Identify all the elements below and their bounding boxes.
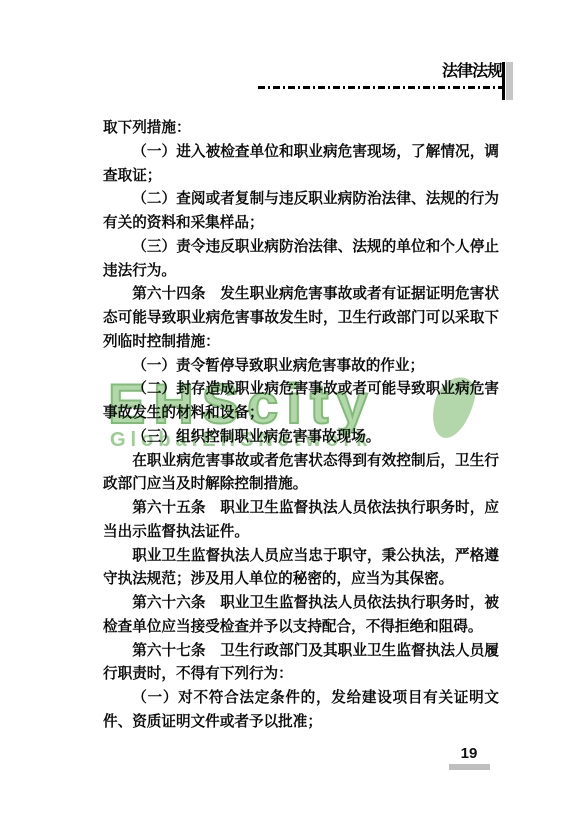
body-paragraph: （三）责令违反职业病防治法律、法规的单位和个人停止违法行为。 <box>103 236 499 284</box>
body-paragraph: （一）对不符合法定条件的，发给建设项目有关证明文件、资质证明文件或者予以批准； <box>103 687 499 735</box>
page-header-title: 法律法规 <box>442 61 502 83</box>
page-number: 19 <box>448 745 490 763</box>
body-paragraph: 第六十七条 卫生行政部门及其职业卫生监督执法人员履行职责时，不得有下列行为： <box>103 640 499 688</box>
body-paragraph: （二）封存造成职业病危害事故或者可能导致职业病危害事故发生的材料和设备； <box>103 378 499 426</box>
header-vertical-rule <box>502 62 505 100</box>
body-paragraph: （二）查阅或者复制与违反职业病防治法律、法规的行为有关的资料和采集样品； <box>103 188 499 236</box>
scanned-page: 法律法规 EHScity GlobalEHSNetwork 取下列措施：（一）进… <box>0 0 579 817</box>
body-paragraph: （三）组织控制职业病危害事故现场。 <box>103 426 499 450</box>
header-dash-dot-rule <box>258 86 503 89</box>
body-paragraph: 第六十六条 职业卫生监督执法人员依法执行职务时，被检查单位应当接受检查并予以支持… <box>103 592 499 640</box>
body-paragraph: 第六十五条 职业卫生监督执法人员依法执行职务时，应当出示监督执法证件。 <box>103 497 499 545</box>
body-paragraph: 职业卫生监督执法人员应当忠于职守，秉公执法，严格遵守执法规范；涉及用人单位的秘密… <box>103 545 499 593</box>
page-edge-shadow-bar <box>506 62 513 100</box>
page-number-underline <box>449 764 490 770</box>
body-paragraph: 取下列措施： <box>103 117 499 141</box>
body-paragraph: 第六十四条 发生职业病危害事故或者有证据证明危害状态可能导致职业病危害事故发生时… <box>103 283 499 354</box>
body-paragraph: （一）责令暂停导致职业病危害事故的作业； <box>103 355 499 379</box>
body-paragraph: 在职业病危害事故或者危害状态得到有效控制后，卫生行政部门应当及时解除控制措施。 <box>103 450 499 498</box>
body-text: 取下列措施：（一）进入被检查单位和职业病危害现场，了解情况，调查取证；（二）查阅… <box>103 117 499 735</box>
body-paragraph: （一）进入被检查单位和职业病危害现场，了解情况，调查取证； <box>103 141 499 189</box>
